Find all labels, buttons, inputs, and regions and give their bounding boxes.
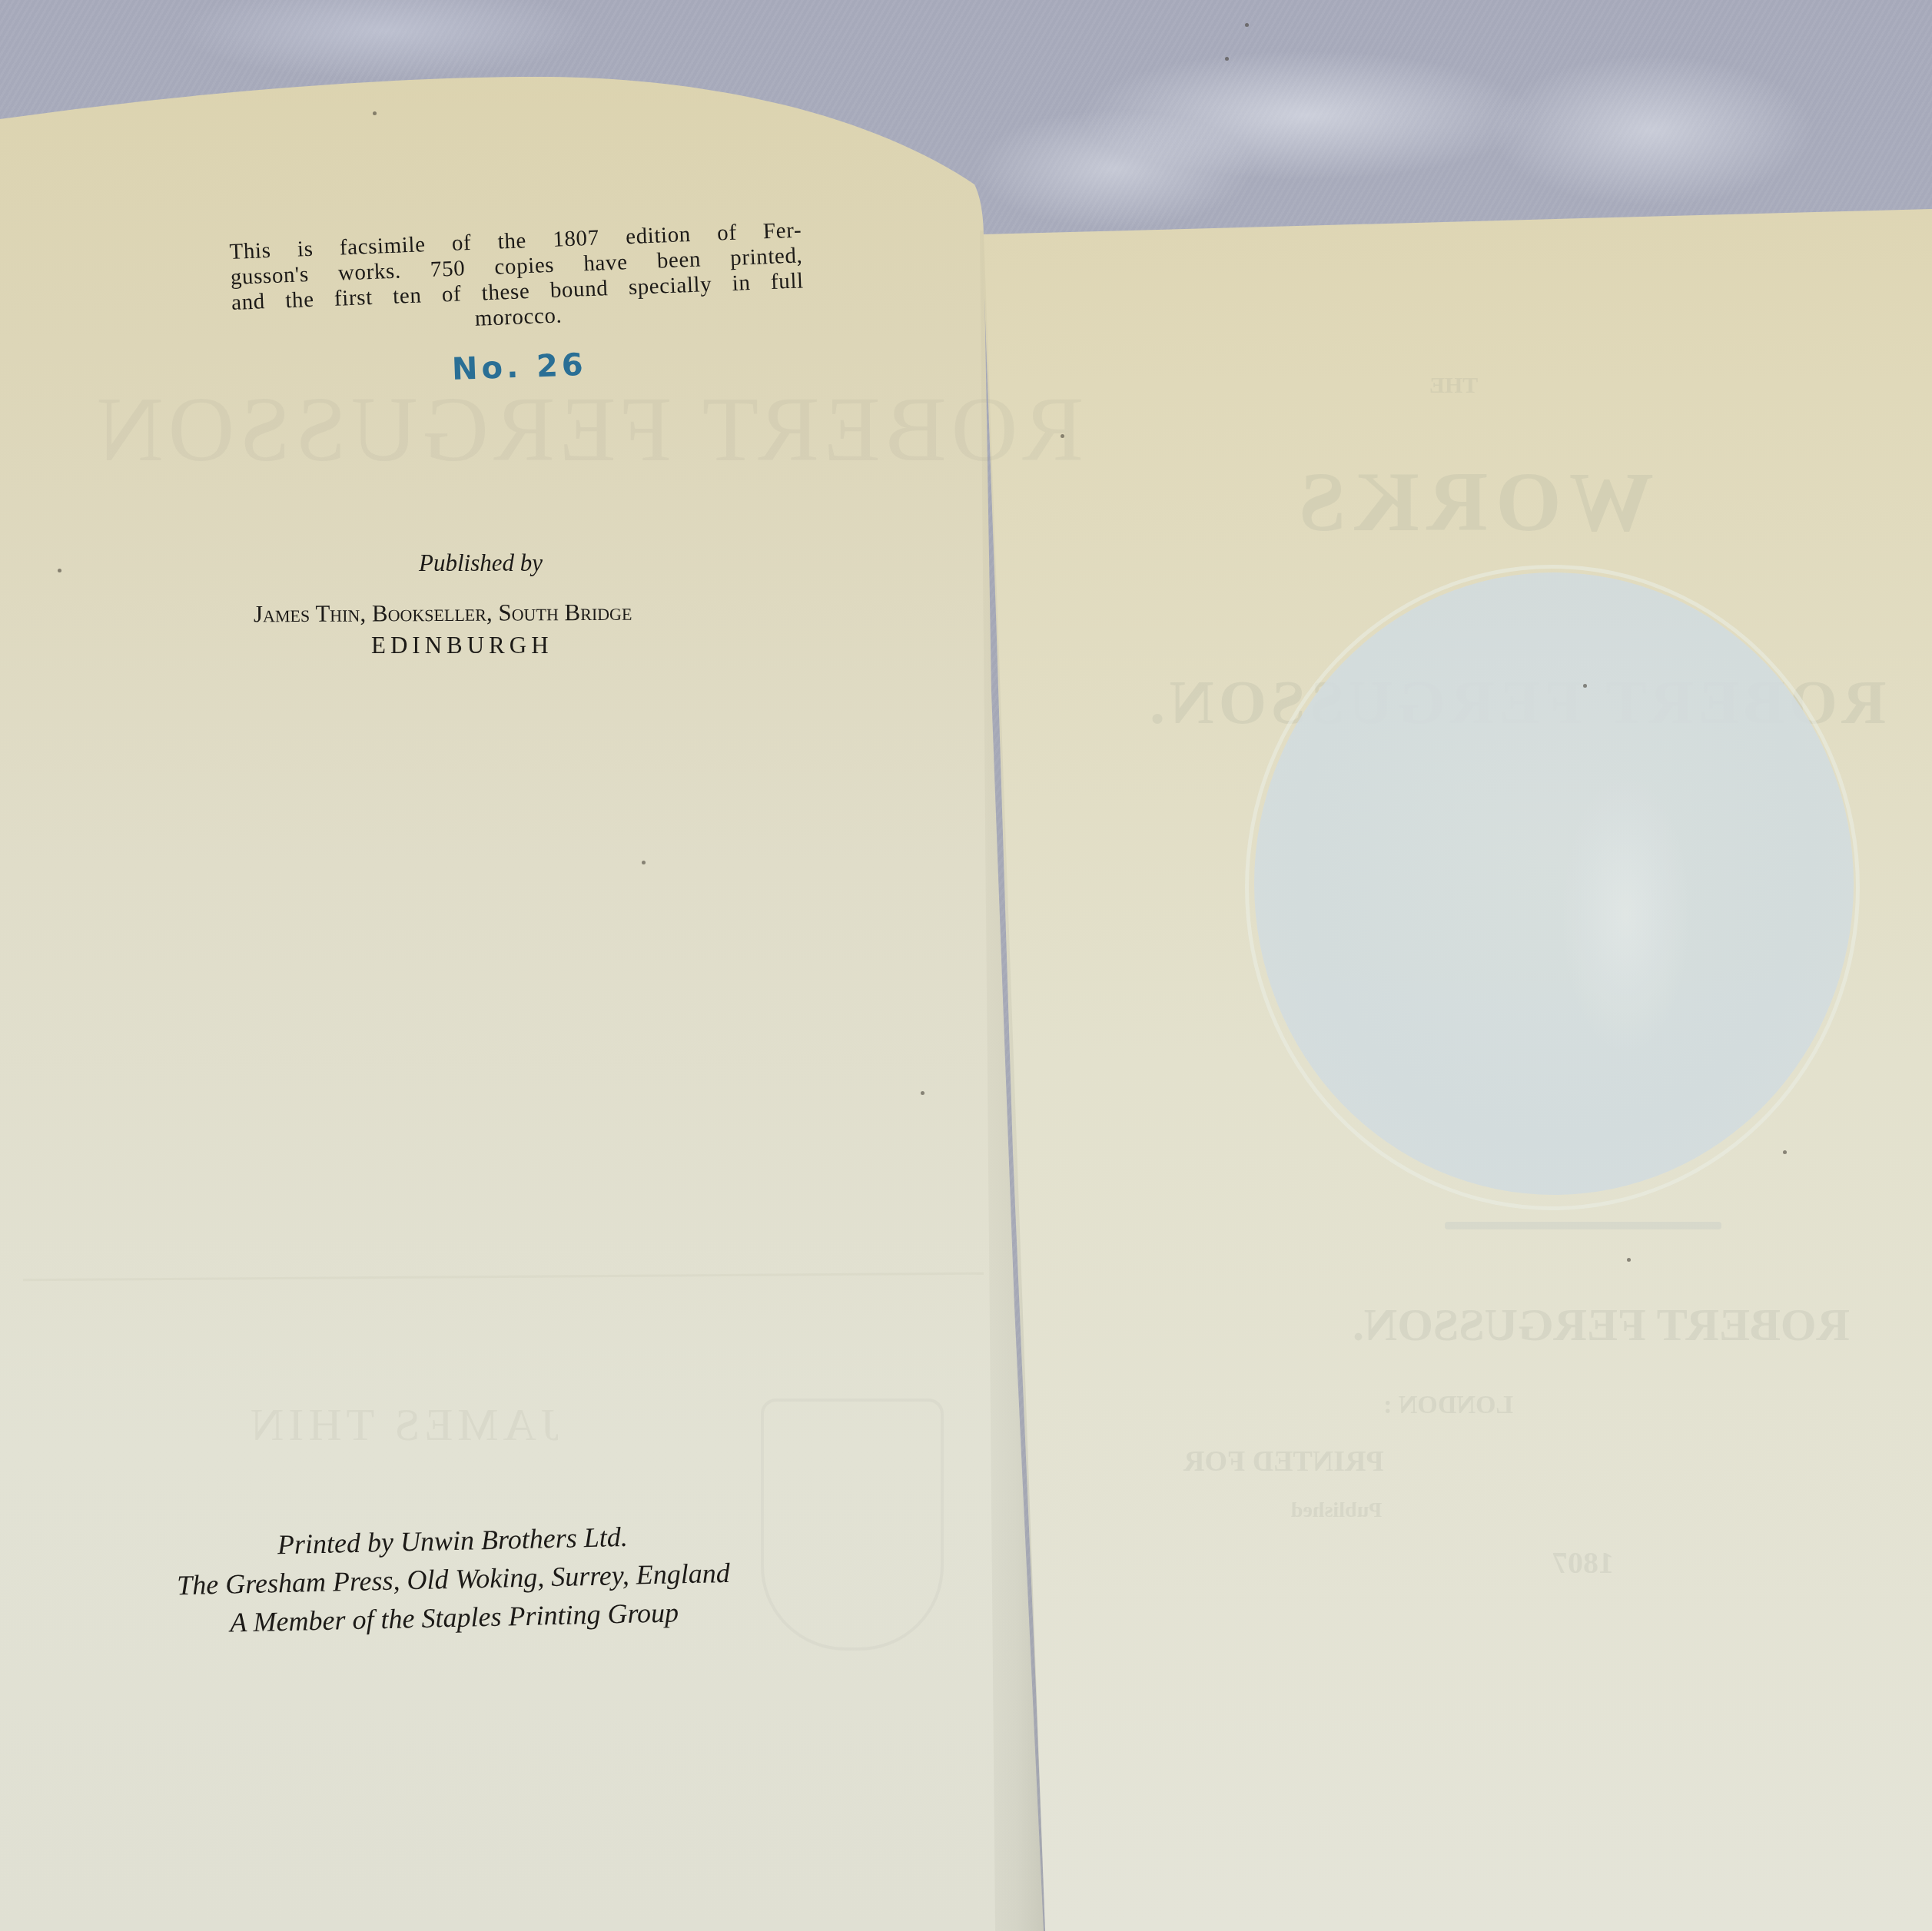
portrait-caption-rule [1445, 1222, 1721, 1229]
left-ghost-name: JAMES THIN [246, 1398, 559, 1452]
paper-speck [1061, 434, 1064, 438]
cloth-speck [1245, 23, 1249, 27]
paper-speck [58, 569, 61, 572]
paper-speck [1583, 684, 1587, 688]
right-ghost-author-mirror: ROBERT FERGUSSON. [1353, 1299, 1850, 1352]
publisher-city: EDINBURGH [371, 632, 553, 659]
oval-portrait-image [1254, 572, 1854, 1195]
paper-speck [921, 1091, 925, 1095]
right-ghost-the: THE [1429, 373, 1478, 399]
handwritten-copy-number: No. 26 [451, 347, 587, 387]
paper-speck [1627, 1258, 1631, 1262]
paper-speck [642, 861, 646, 864]
paper-speck [1783, 1150, 1787, 1154]
cloth-speck [1225, 57, 1229, 61]
paper-speck [373, 111, 377, 115]
right-ghost-works: WORKS [1291, 453, 1654, 551]
right-ghost-line: Published [1291, 1498, 1382, 1523]
left-ghost-title: ROBERT FERGUSSON [92, 377, 1084, 483]
right-ghost-line: LONDON : [1383, 1391, 1513, 1420]
published-by-label: Published by [419, 549, 543, 577]
right-ghost-line: PRINTED FOR [1183, 1445, 1384, 1478]
right-ghost-line: 1807 [1552, 1544, 1614, 1581]
publisher-name: James Thin, Bookseller, South Bridge [254, 599, 632, 629]
printer-imprint: Printed by Unwin Brothers Ltd. The Gresh… [106, 1514, 800, 1644]
